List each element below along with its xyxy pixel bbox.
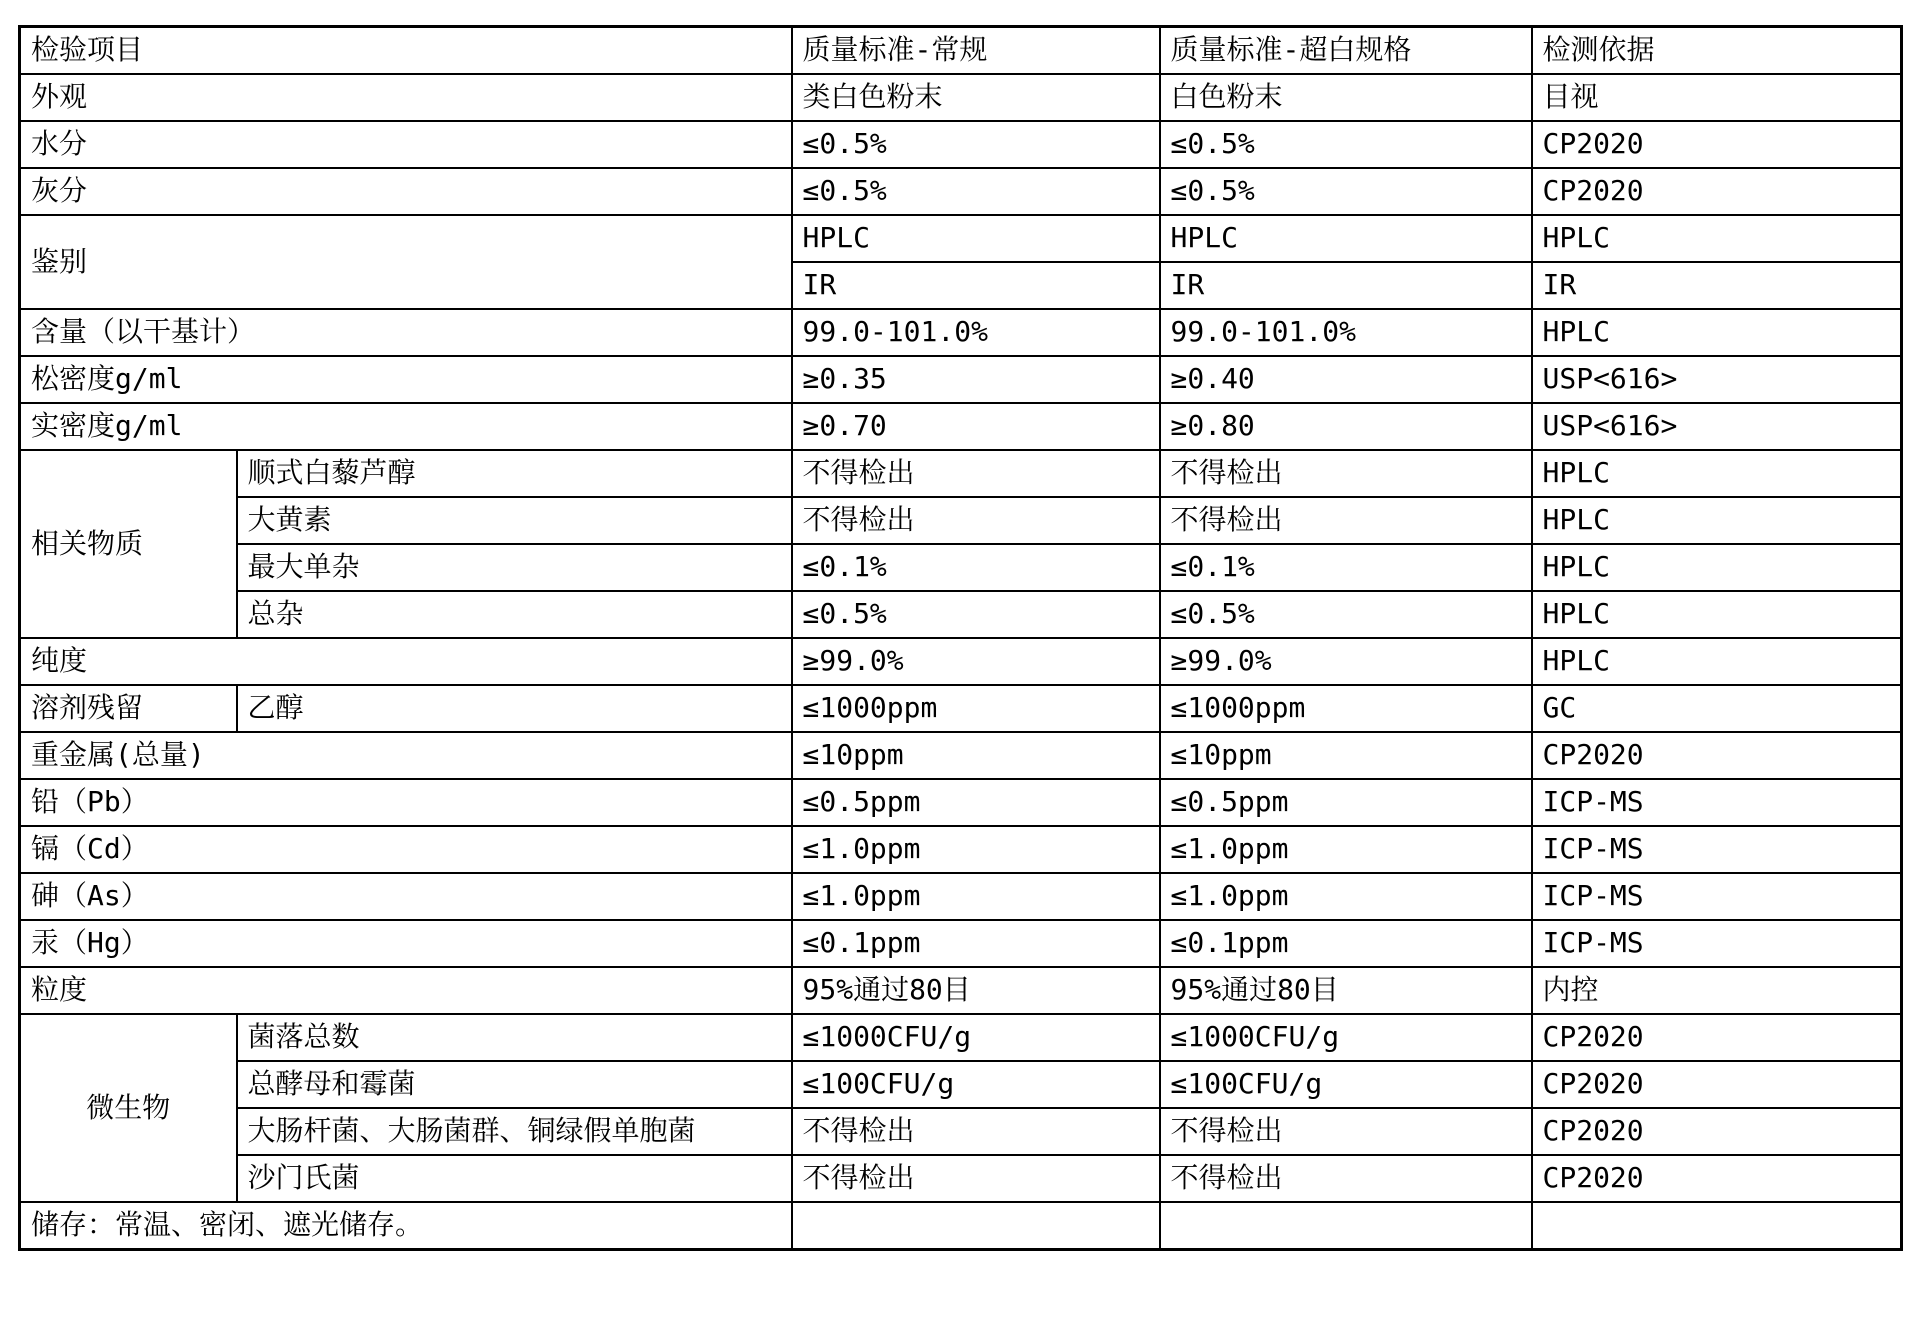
header-cell-standard-ultrawhite: 质量标准-超白规格 bbox=[1160, 27, 1532, 75]
row-label: 铅（Pb） bbox=[20, 779, 792, 826]
value-method: ICP-MS bbox=[1532, 873, 1902, 920]
table-row-related-total-impurities: 总杂 ≤0.5% ≤0.5% HPLC bbox=[20, 591, 1902, 638]
header-cell-standard-regular: 质量标准-常规 bbox=[792, 27, 1160, 75]
value-regular: ≥99.0% bbox=[792, 638, 1160, 685]
table-row-ash: 灰分 ≤0.5% ≤0.5% CP2020 bbox=[20, 168, 1902, 215]
value-ultrawhite: ≤100CFU/g bbox=[1160, 1061, 1532, 1108]
value-ultrawhite: ≤0.5% bbox=[1160, 121, 1532, 168]
row-label: 汞（Hg） bbox=[20, 920, 792, 967]
value-regular: ≤10ppm bbox=[792, 732, 1160, 779]
row-label: 外观 bbox=[20, 74, 792, 121]
value-ultrawhite: ≤1000ppm bbox=[1160, 685, 1532, 732]
row-label: 重金属(总量) bbox=[20, 732, 792, 779]
value-regular: 不得检出 bbox=[792, 1155, 1160, 1202]
empty-cell bbox=[1160, 1202, 1532, 1250]
value-ultrawhite: IR bbox=[1160, 262, 1532, 309]
value-regular: ≤1000CFU/g bbox=[792, 1014, 1160, 1061]
value-regular: 不得检出 bbox=[792, 1108, 1160, 1155]
row-sublabel: 菌落总数 bbox=[237, 1014, 792, 1061]
value-method: CP2020 bbox=[1532, 1061, 1902, 1108]
value-ultrawhite: ≤0.1% bbox=[1160, 544, 1532, 591]
table-row-moisture: 水分 ≤0.5% ≤0.5% CP2020 bbox=[20, 121, 1902, 168]
table-row-particle-size: 粒度 95%通过80目 95%通过80目 内控 bbox=[20, 967, 1902, 1014]
header-row: 检验项目 质量标准-常规 质量标准-超白规格 检测依据 bbox=[20, 27, 1902, 75]
value-ultrawhite: ≤0.1ppm bbox=[1160, 920, 1532, 967]
value-method: ICP-MS bbox=[1532, 779, 1902, 826]
row-label: 储存：常温、密闭、遮光储存。 bbox=[20, 1202, 792, 1250]
value-method: 内控 bbox=[1532, 967, 1902, 1014]
value-method: CP2020 bbox=[1532, 732, 1902, 779]
row-group-label: 溶剂残留 bbox=[20, 685, 237, 732]
value-regular: 99.0-101.0% bbox=[792, 309, 1160, 356]
row-label: 灰分 bbox=[20, 168, 792, 215]
empty-cell bbox=[792, 1202, 1160, 1250]
value-regular: 不得检出 bbox=[792, 497, 1160, 544]
value-ultrawhite: ≤1.0ppm bbox=[1160, 826, 1532, 873]
value-ultrawhite: HPLC bbox=[1160, 215, 1532, 262]
value-regular: 类白色粉末 bbox=[792, 74, 1160, 121]
row-sublabel: 最大单杂 bbox=[237, 544, 792, 591]
value-method: GC bbox=[1532, 685, 1902, 732]
row-sublabel: 沙门氏菌 bbox=[237, 1155, 792, 1202]
value-ultrawhite: 不得检出 bbox=[1160, 450, 1532, 497]
row-label: 实密度g/ml bbox=[20, 403, 792, 450]
table-row-residual-solvent-ethanol: 溶剂残留 乙醇 ≤1000ppm ≤1000ppm GC bbox=[20, 685, 1902, 732]
row-sublabel: 大肠杆菌、大肠菌群、铜绿假单胞菌 bbox=[237, 1108, 792, 1155]
value-method: HPLC bbox=[1532, 591, 1902, 638]
value-regular: ≤1.0ppm bbox=[792, 873, 1160, 920]
table-row-micro-total-plate-count: 微生物 菌落总数 ≤1000CFU/g ≤1000CFU/g CP2020 bbox=[20, 1014, 1902, 1061]
empty-cell bbox=[1532, 1202, 1902, 1250]
value-regular: IR bbox=[792, 262, 1160, 309]
row-label: 镉（Cd） bbox=[20, 826, 792, 873]
value-ultrawhite: 95%通过80目 bbox=[1160, 967, 1532, 1014]
value-ultrawhite: 不得检出 bbox=[1160, 1155, 1532, 1202]
value-ultrawhite: ≤0.5% bbox=[1160, 168, 1532, 215]
table-row-storage: 储存：常温、密闭、遮光储存。 bbox=[20, 1202, 1902, 1250]
quality-spec-table: 检验项目 质量标准-常规 质量标准-超白规格 检测依据 外观 类白色粉末 白色粉… bbox=[18, 25, 1903, 1251]
value-ultrawhite: ≥0.80 bbox=[1160, 403, 1532, 450]
value-ultrawhite: ≤0.5ppm bbox=[1160, 779, 1532, 826]
value-method: ICP-MS bbox=[1532, 826, 1902, 873]
table-row-cadmium: 镉（Cd） ≤1.0ppm ≤1.0ppm ICP-MS bbox=[20, 826, 1902, 873]
value-method: HPLC bbox=[1532, 544, 1902, 591]
value-ultrawhite: ≥0.40 bbox=[1160, 356, 1532, 403]
value-method: ICP-MS bbox=[1532, 920, 1902, 967]
row-group-label: 相关物质 bbox=[20, 450, 237, 638]
table-row-assay: 含量（以干基计） 99.0-101.0% 99.0-101.0% HPLC bbox=[20, 309, 1902, 356]
table-row-related-max-single-impurity: 最大单杂 ≤0.1% ≤0.1% HPLC bbox=[20, 544, 1902, 591]
row-label: 纯度 bbox=[20, 638, 792, 685]
value-regular: ≤1000ppm bbox=[792, 685, 1160, 732]
row-label: 水分 bbox=[20, 121, 792, 168]
row-sublabel: 乙醇 bbox=[237, 685, 792, 732]
value-regular: HPLC bbox=[792, 215, 1160, 262]
value-ultrawhite: 99.0-101.0% bbox=[1160, 309, 1532, 356]
header-cell-method: 检测依据 bbox=[1532, 27, 1902, 75]
row-sublabel: 顺式白藜芦醇 bbox=[237, 450, 792, 497]
table-row-heavy-metals: 重金属(总量) ≤10ppm ≤10ppm CP2020 bbox=[20, 732, 1902, 779]
value-regular: ≥0.35 bbox=[792, 356, 1160, 403]
table-row-bulk-density: 松密度g/ml ≥0.35 ≥0.40 USP<616> bbox=[20, 356, 1902, 403]
value-ultrawhite: ≤1000CFU/g bbox=[1160, 1014, 1532, 1061]
value-regular: ≤1.0ppm bbox=[792, 826, 1160, 873]
table-row-purity: 纯度 ≥99.0% ≥99.0% HPLC bbox=[20, 638, 1902, 685]
value-method: HPLC bbox=[1532, 215, 1902, 262]
value-ultrawhite: ≥99.0% bbox=[1160, 638, 1532, 685]
value-regular: ≤100CFU/g bbox=[792, 1061, 1160, 1108]
value-regular: ≤0.5% bbox=[792, 591, 1160, 638]
value-regular: ≤0.1% bbox=[792, 544, 1160, 591]
row-label: 砷（As） bbox=[20, 873, 792, 920]
value-method: CP2020 bbox=[1532, 1014, 1902, 1061]
value-method: CP2020 bbox=[1532, 168, 1902, 215]
value-method: USP<616> bbox=[1532, 403, 1902, 450]
row-sublabel: 大黄素 bbox=[237, 497, 792, 544]
value-regular: ≤0.5% bbox=[792, 121, 1160, 168]
table-row-related-cis-resveratrol: 相关物质 顺式白藜芦醇 不得检出 不得检出 HPLC bbox=[20, 450, 1902, 497]
table-row-micro-yeast-mold: 总酵母和霉菌 ≤100CFU/g ≤100CFU/g CP2020 bbox=[20, 1061, 1902, 1108]
table-row-identification-hplc: 鉴别 HPLC HPLC HPLC bbox=[20, 215, 1902, 262]
value-regular: ≤0.5ppm bbox=[792, 779, 1160, 826]
value-regular: ≥0.70 bbox=[792, 403, 1160, 450]
value-ultrawhite: ≤10ppm bbox=[1160, 732, 1532, 779]
value-method: HPLC bbox=[1532, 497, 1902, 544]
row-sublabel: 总杂 bbox=[237, 591, 792, 638]
value-ultrawhite: 不得检出 bbox=[1160, 497, 1532, 544]
row-label: 粒度 bbox=[20, 967, 792, 1014]
value-method: CP2020 bbox=[1532, 121, 1902, 168]
value-method: HPLC bbox=[1532, 309, 1902, 356]
value-method: HPLC bbox=[1532, 450, 1902, 497]
value-ultrawhite: 不得检出 bbox=[1160, 1108, 1532, 1155]
row-label: 鉴别 bbox=[20, 215, 792, 309]
value-method: 目视 bbox=[1532, 74, 1902, 121]
value-method: HPLC bbox=[1532, 638, 1902, 685]
row-group-label: 微生物 bbox=[20, 1014, 237, 1202]
table-row-micro-salmonella: 沙门氏菌 不得检出 不得检出 CP2020 bbox=[20, 1155, 1902, 1202]
value-ultrawhite: 白色粉末 bbox=[1160, 74, 1532, 121]
value-ultrawhite: ≤0.5% bbox=[1160, 591, 1532, 638]
table-row-arsenic: 砷（As） ≤1.0ppm ≤1.0ppm ICP-MS bbox=[20, 873, 1902, 920]
value-regular: 95%通过80目 bbox=[792, 967, 1160, 1014]
value-regular: 不得检出 bbox=[792, 450, 1160, 497]
value-regular: ≤0.5% bbox=[792, 168, 1160, 215]
table-row-lead: 铅（Pb） ≤0.5ppm ≤0.5ppm ICP-MS bbox=[20, 779, 1902, 826]
value-method: USP<616> bbox=[1532, 356, 1902, 403]
value-method: IR bbox=[1532, 262, 1902, 309]
value-regular: ≤0.1ppm bbox=[792, 920, 1160, 967]
value-method: CP2020 bbox=[1532, 1108, 1902, 1155]
spec-sheet-page: 检验项目 质量标准-常规 质量标准-超白规格 检测依据 外观 类白色粉末 白色粉… bbox=[0, 0, 1920, 1319]
header-cell-item: 检验项目 bbox=[20, 27, 792, 75]
table-row-related-emodin: 大黄素 不得检出 不得检出 HPLC bbox=[20, 497, 1902, 544]
table-row-micro-ecoli-coliform-pseudomonas: 大肠杆菌、大肠菌群、铜绿假单胞菌 不得检出 不得检出 CP2020 bbox=[20, 1108, 1902, 1155]
row-label: 含量（以干基计） bbox=[20, 309, 792, 356]
row-label: 松密度g/ml bbox=[20, 356, 792, 403]
row-sublabel: 总酵母和霉菌 bbox=[237, 1061, 792, 1108]
table-row-tapped-density: 实密度g/ml ≥0.70 ≥0.80 USP<616> bbox=[20, 403, 1902, 450]
value-method: CP2020 bbox=[1532, 1155, 1902, 1202]
table-row-appearance: 外观 类白色粉末 白色粉末 目视 bbox=[20, 74, 1902, 121]
table-row-mercury: 汞（Hg） ≤0.1ppm ≤0.1ppm ICP-MS bbox=[20, 920, 1902, 967]
value-ultrawhite: ≤1.0ppm bbox=[1160, 873, 1532, 920]
